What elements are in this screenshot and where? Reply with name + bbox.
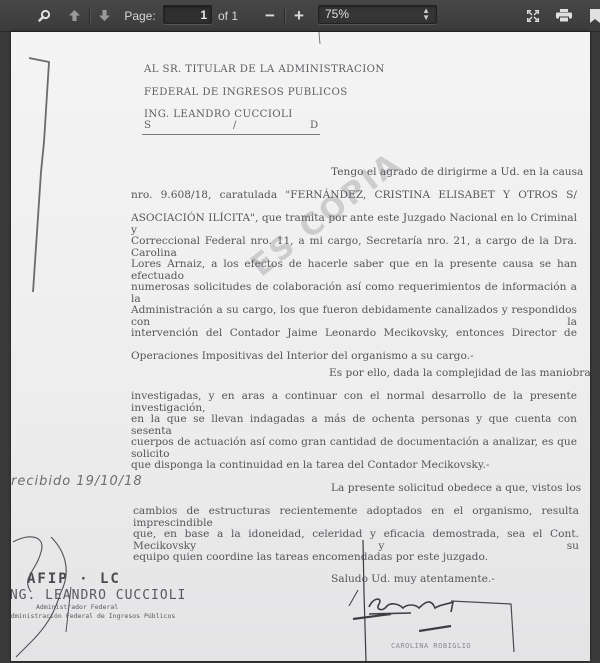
bookmark-icon xyxy=(590,9,600,23)
left-signature-stroke xyxy=(13,537,66,657)
previous-page-button[interactable] xyxy=(65,0,83,31)
pdf-toolbar: Page: 1 of 1 − + 75% ▲▼ xyxy=(0,0,600,32)
main-signature xyxy=(369,599,453,614)
fullscreen-button[interactable] xyxy=(524,0,542,31)
page-number-input[interactable]: 1 xyxy=(163,5,212,24)
fullscreen-icon xyxy=(527,10,539,22)
arrow-down-icon xyxy=(98,9,111,22)
toolbar-separator xyxy=(284,7,286,24)
page-total: of 1 xyxy=(216,0,240,31)
pdf-page: AL SR. TITULAR DE LA ADMINISTRACION FEDE… xyxy=(11,32,590,661)
center-vertical-mark xyxy=(363,540,366,661)
arrow-up-icon xyxy=(68,9,81,22)
toolbar-separator xyxy=(89,7,91,24)
select-arrows-icon: ▲▼ xyxy=(422,7,430,21)
search-button[interactable] xyxy=(34,0,54,31)
print-button[interactable] xyxy=(554,0,574,31)
zoom-out-button[interactable]: − xyxy=(262,0,278,31)
zoom-in-button[interactable]: + xyxy=(291,0,307,31)
bookmark-button[interactable] xyxy=(588,0,600,31)
page-label: Page: xyxy=(124,0,156,31)
search-icon xyxy=(38,9,51,22)
zoom-select[interactable]: 75% ▲▼ xyxy=(318,5,437,24)
print-icon xyxy=(556,9,572,22)
zoom-value: 75% xyxy=(325,7,349,21)
margin-bracket-mark xyxy=(29,58,49,292)
pen-marks xyxy=(11,32,590,661)
next-page-button[interactable] xyxy=(95,0,113,31)
